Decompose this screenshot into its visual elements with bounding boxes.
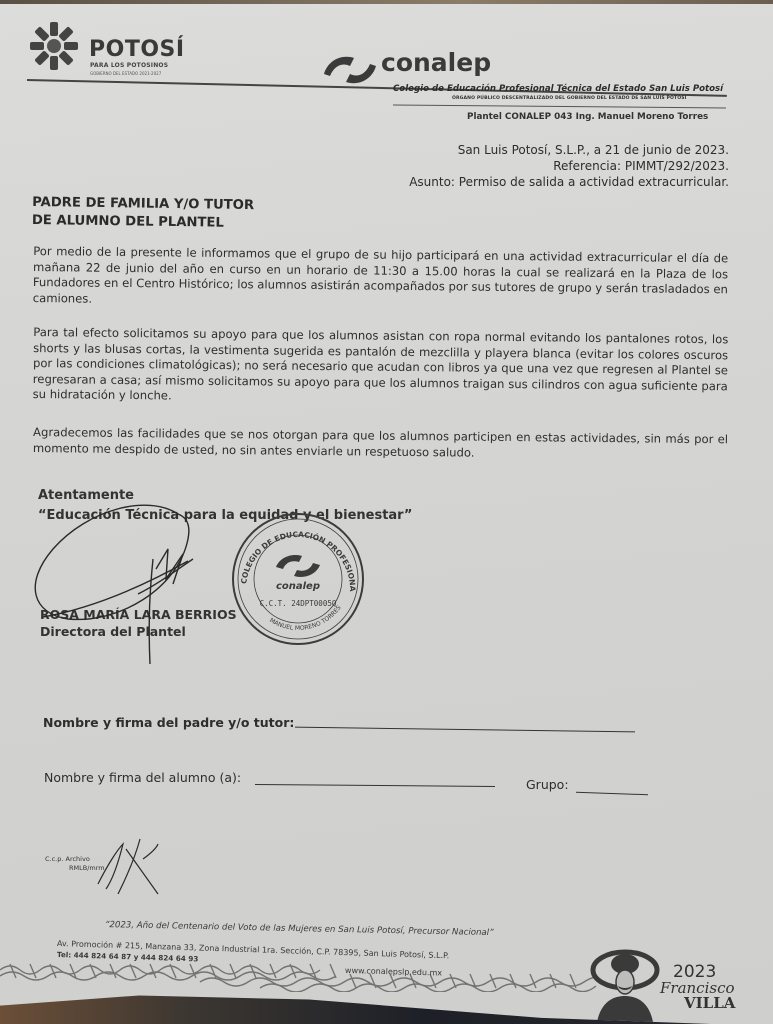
footer-centenario: “2023, Año del Centenario del Voto de la… <box>105 920 494 938</box>
official-stamp-icon: COLEGIO DE EDUCACIÓN PROFESIONAL TÉCNICA… <box>228 509 368 649</box>
emblem-name-last: VILLA <box>684 994 735 1012</box>
group-label: Grupo: <box>526 777 569 792</box>
student-signature-field[interactable] <box>255 784 495 787</box>
reference: Referencia: PIMMT/292/2023. <box>409 158 729 174</box>
footer-decorative-pattern-icon <box>0 956 600 992</box>
state-logo-subtag: GOBIERNO DEL ESTADO 2021-2027 <box>90 71 161 76</box>
svg-text:COLEGIO DE EDUCACIÓN PROFESION: COLEGIO DE EDUCACIÓN PROFESIONAL TÉCNICA… <box>228 509 357 592</box>
group-field[interactable] <box>576 792 648 796</box>
svg-text:C.C.T. 24DPT0005Q: C.C.T. 24DPT0005Q <box>260 599 337 608</box>
state-logo-name: POTOSÍ <box>89 37 185 62</box>
letter-page: POTOSÍ PARA LOS POTOSINOS GOBIERNO DEL E… <box>0 4 773 1024</box>
francisco-villa-portrait-icon <box>583 942 663 1022</box>
conalep-logo-icon <box>322 52 378 88</box>
place-date: San Luis Potosí, S.L.P., a 21 de junio d… <box>409 142 729 158</box>
subject: Asunto: Permiso de salida a actividad ex… <box>409 174 729 190</box>
svg-text:conalep: conalep <box>276 581 320 592</box>
body-paragraph: Por medio de la presente le informamos q… <box>33 244 729 313</box>
student-signature-label: Nombre y firma del alumno (a): <box>44 770 241 785</box>
parent-signature-label: Nombre y firma del padre y/o tutor: <box>43 715 294 730</box>
institution-brand: conalep <box>381 48 491 77</box>
potosi-emblem-icon <box>28 20 80 72</box>
body-paragraph: Agradecemos las facilidades que se nos o… <box>33 425 728 463</box>
recipient: PADRE DE FAMILIA Y/O TUTOR DE ALUMNO DEL… <box>32 194 254 233</box>
letter-meta: San Luis Potosí, S.L.P., a 21 de junio d… <box>409 142 729 190</box>
header-divider-secondary <box>393 105 726 109</box>
handwritten-signature-icon <box>28 499 228 669</box>
state-logo-tagline: PARA LOS POTOSINOS <box>90 62 168 69</box>
plantel-name: Plantel CONALEP 043 Ing. Manuel Moreno T… <box>467 112 708 122</box>
body-paragraph: Para tal efecto solicitamos su apoyo par… <box>33 325 729 410</box>
institution-full-name: Colegio de Educación Profesional Técnica… <box>393 84 723 94</box>
parent-signature-field[interactable] <box>295 727 635 733</box>
recipient-line-2: DE ALUMNO DEL PLANTEL <box>32 212 254 233</box>
svg-text:MANUEL MORENO TORRES: MANUEL MORENO TORRES <box>268 604 343 632</box>
institution-organo: ÓRGANO PÚBLICO DESCENTRALIZADO DEL GOBIE… <box>452 96 686 101</box>
initials-signature-icon <box>88 834 178 904</box>
